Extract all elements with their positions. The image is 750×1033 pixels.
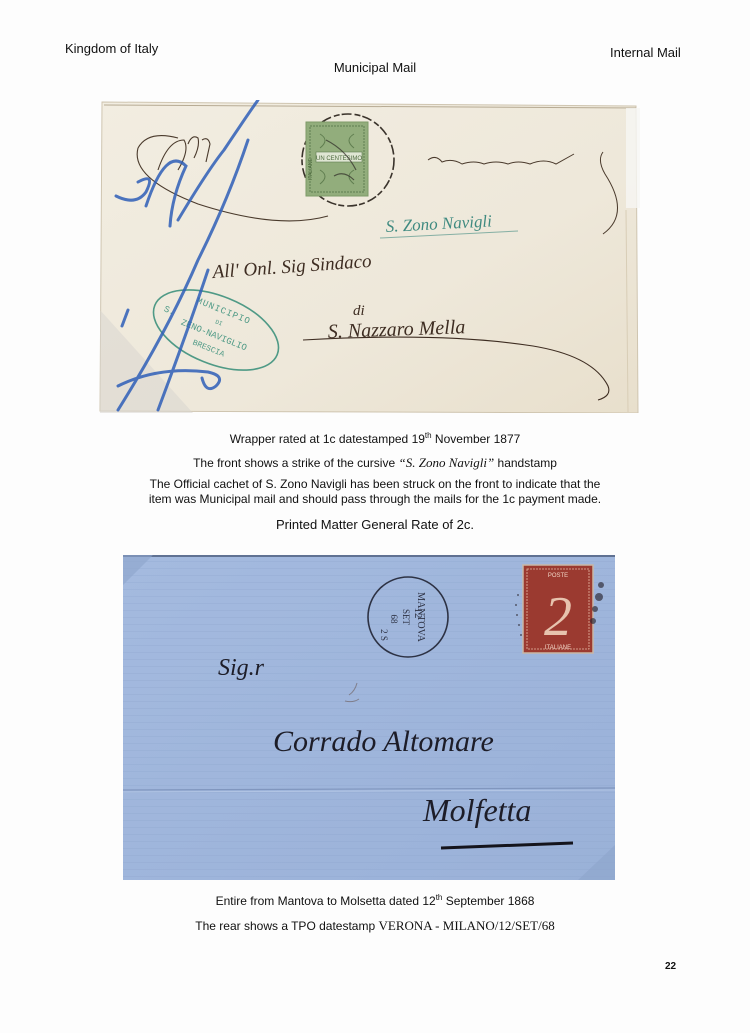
stamp-2c-red: POSTE 2 ITALIANE (523, 565, 593, 653)
svg-text:2: 2 (544, 586, 572, 648)
caption-tpo-datestamp: The rear shows a TPO datestamp VERONA - … (0, 918, 750, 934)
stamp-1c-green: UN CENTESIMO ITALIANE (306, 122, 368, 196)
address-town: Molfetta (422, 792, 531, 828)
svg-text:SET: SET (401, 609, 411, 626)
svg-text:68: 68 (389, 615, 399, 625)
svg-text:UN CENTESIMO: UN CENTESIMO (316, 156, 362, 162)
svg-text:ITALIANE: ITALIANE (308, 157, 314, 180)
svg-text:POSTE: POSTE (548, 573, 568, 579)
section-heading: Printed Matter General Rate of 2c. (0, 517, 750, 532)
caption-entire-date: Entire from Mantova to Molsetta dated 12… (0, 894, 750, 909)
page-header-right: Internal Mail (610, 45, 681, 60)
svg-text:2 S: 2 S (379, 629, 389, 641)
caption-handstamp: The front shows a strike of the cursive … (0, 455, 750, 471)
page-number: 22 (665, 961, 676, 972)
cover-entire-1868: MANTOVA 12 SET 68 2 S POSTE 2 ITALIANE S… (123, 555, 615, 880)
caption-cachet: The Official cachet of S. Zono Navigli h… (0, 477, 750, 507)
address-name: Corrado Altomare (273, 725, 494, 758)
address-salutation: Sig.r (218, 655, 265, 681)
address-line-2: di (353, 303, 365, 319)
caption-wrapper-date: Wrapper rated at 1c datestamped 19th Nov… (0, 432, 750, 447)
svg-text:12: 12 (412, 608, 424, 619)
svg-text:ITALIANE: ITALIANE (545, 645, 571, 651)
page-title: Municipal Mail (0, 60, 750, 75)
cover-wrapper-1877: UN CENTESIMO ITALIANE S. Zono Navigli Al… (98, 100, 640, 413)
page-header-left: Kingdom of Italy (65, 41, 158, 56)
